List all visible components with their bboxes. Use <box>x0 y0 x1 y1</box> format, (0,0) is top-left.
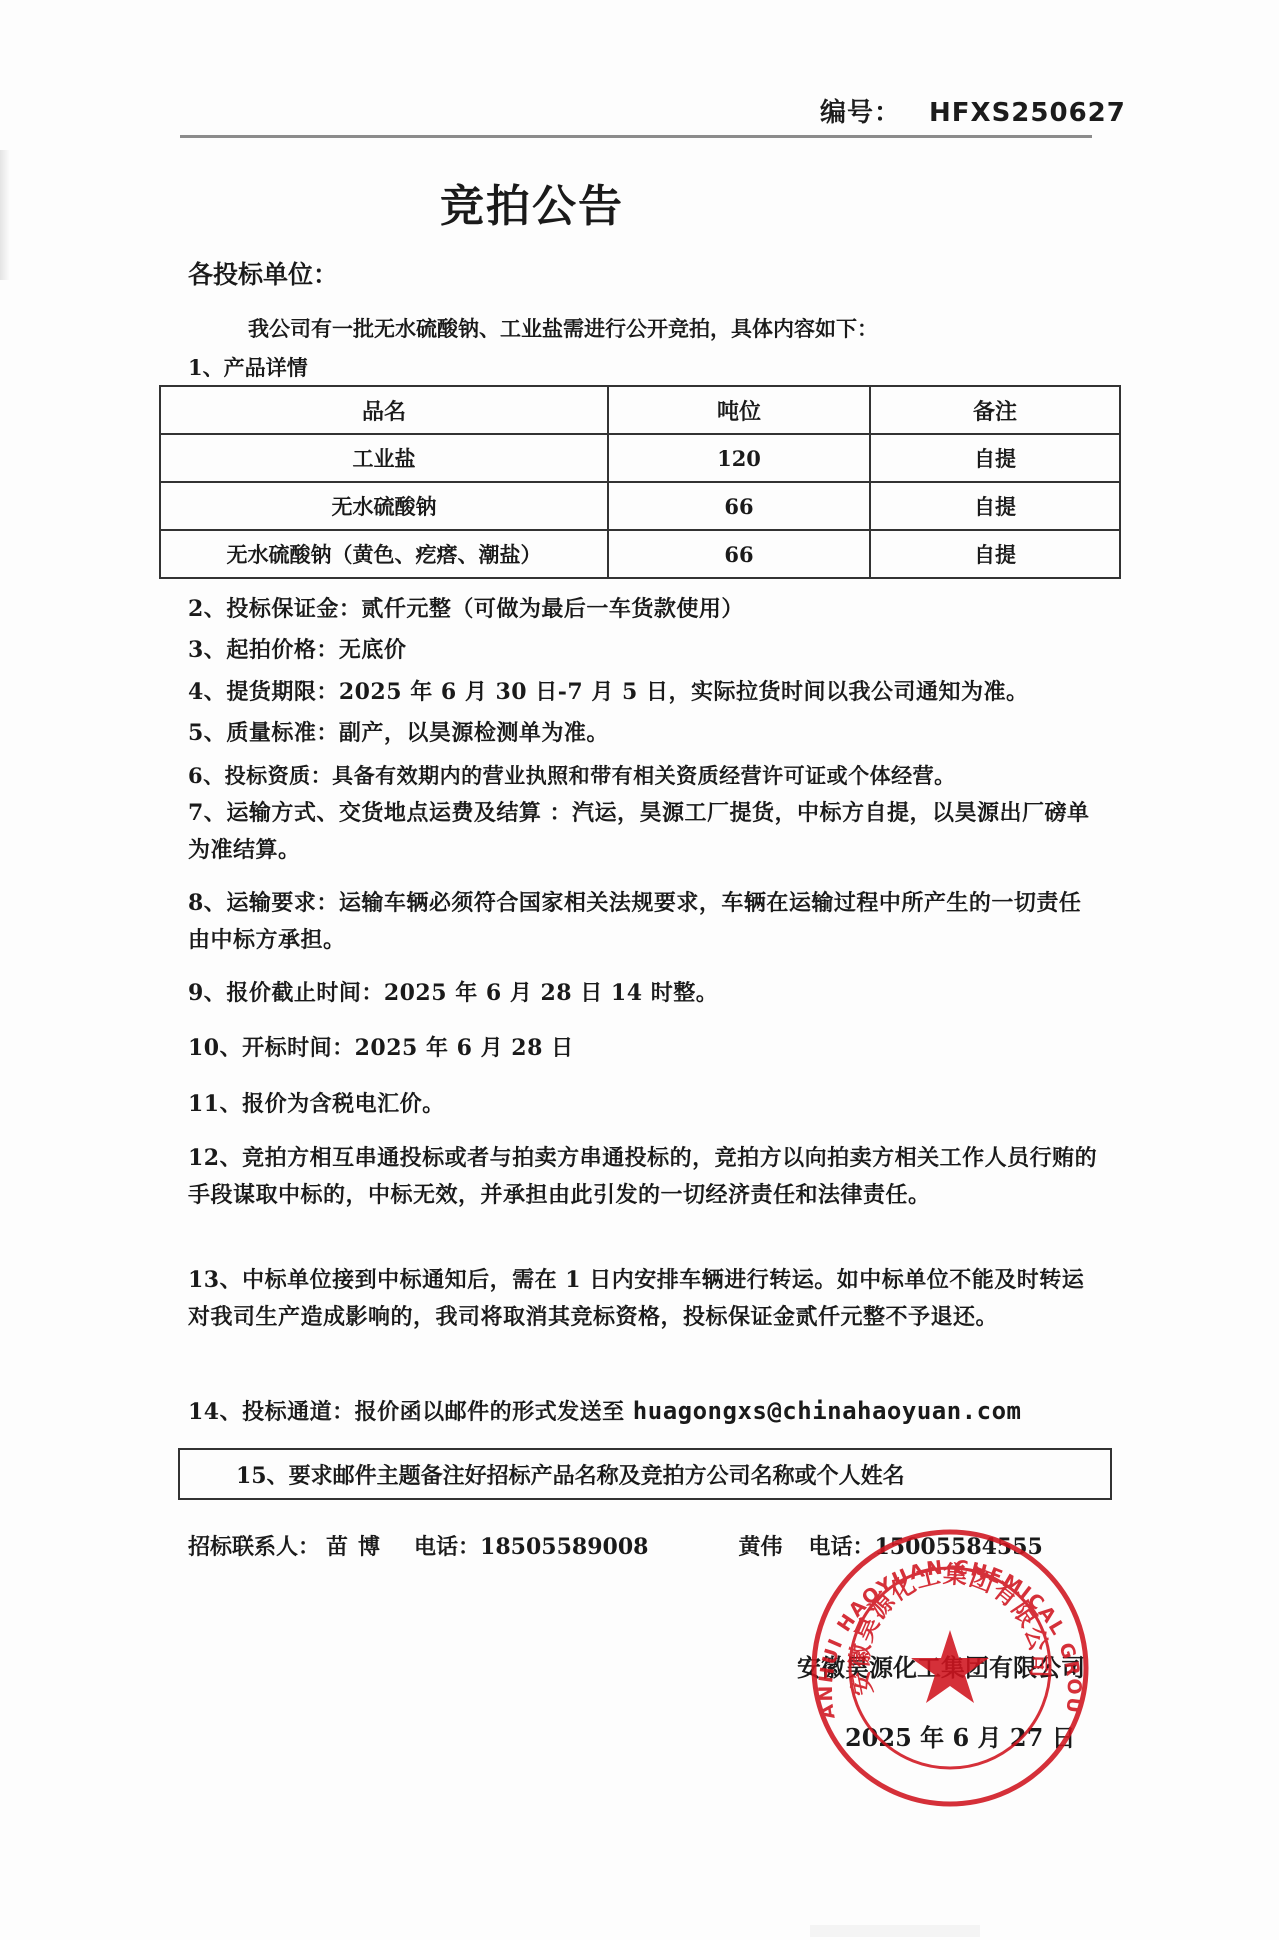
item-text: 开标时间：2025 年 6 月 28 日 <box>242 1035 573 1061</box>
cell-note: 自提 <box>870 530 1120 578</box>
item-pickup-period: 4、提货期限：2025 年 6 月 30 日-7 月 5 日，实际拉货时间以我公… <box>188 674 1098 711</box>
item-number: 3、 <box>188 637 226 663</box>
item-tax-price: 11、报价为含税电汇价。 <box>188 1086 1098 1123</box>
item-number: 7、 <box>188 800 226 826</box>
item-text: 报价截止时间：2025 年 6 月 28 日 14 时整。 <box>226 980 718 1006</box>
item-collusion-clause: 12、竞拍方相互串通投标或者与拍卖方串通投标的，竞拍方以向拍卖方相关工作人员行贿… <box>188 1140 1098 1214</box>
item-transport-settlement: 7、运输方式、交货地点运费及结算 ：汽运，昊源工厂提货，中标方自提，以昊源出厂磅… <box>188 795 1098 869</box>
cell-tonnage: 66 <box>608 530 870 578</box>
cell-product-name: 工业盐 <box>160 434 608 482</box>
item-quality-standard: 5、质量标准：副产，以昊源检测单为准。 <box>188 715 1098 752</box>
issue-date: 2025 年 6 月 27 日 <box>845 1718 1076 1753</box>
item-number: 4、 <box>188 679 226 705</box>
item-text: 运输方式、交货地点运费及结算 ：汽运，昊源工厂提货，中标方自提，以昊源出厂磅单为… <box>188 800 1089 863</box>
cell-note: 自提 <box>870 482 1120 530</box>
item-text: 投标通道：报价函以邮件的形式发送至 <box>242 1399 633 1425</box>
email-subject-note-box: 15、要求邮件主题备注好招标产品名称及竞拍方公司名称或个人姓名 <box>178 1448 1112 1500</box>
cell-tonnage: 120 <box>608 434 870 482</box>
item-bid-channel: 14、投标通道：报价函以邮件的形式发送至 huagongxs@chinahaoy… <box>188 1393 1148 1431</box>
header-note: 备注 <box>870 386 1120 434</box>
salutation: 各投标单位： <box>188 255 338 291</box>
table-row: 无水硫酸钠（黄色、疙瘩、潮盐） 66 自提 <box>160 530 1120 578</box>
item-number: 5、 <box>188 720 226 746</box>
contact-tel-1-label: 电话： <box>414 1530 480 1561</box>
contact-person-1: 苗博 <box>326 1530 390 1561</box>
item-number: 2、 <box>188 596 226 622</box>
item-deposit: 2、投标保证金：贰仟元整（可做为最后一车货款使用） <box>188 591 1098 628</box>
item-transfer-requirement: 13、中标单位接到中标通知后，需在 1 日内安排车辆进行转运。如中标单位不能及时… <box>188 1262 1098 1336</box>
contact-tel-2-label: 电话： <box>808 1530 874 1561</box>
issuer-company: 安徽昊源化工集团有限公司 <box>797 1648 1085 1683</box>
contact-tel-2: 15005584555 <box>874 1534 1042 1560</box>
header-product-name: 品名 <box>160 386 608 434</box>
item-text: 质量标准：副产，以昊源检测单为准。 <box>226 720 609 746</box>
cell-product-name: 无水硫酸钠 <box>160 482 608 530</box>
table-row: 无水硫酸钠 66 自提 <box>160 482 1120 530</box>
document-number-label: 编号： <box>820 98 901 128</box>
bid-email-link[interactable]: huagongxs@chinahaoyuan.com <box>633 1397 1022 1425</box>
item-text: 投标资质：具备有效期内的营业执照和带有相关资质经营许可证或个体经营。 <box>225 763 956 788</box>
header-divider <box>180 135 1092 138</box>
section-product-details-heading: 1、产品详情 <box>188 352 308 382</box>
item-number: 9、 <box>188 980 226 1006</box>
page-bottom-mark <box>810 1925 980 1937</box>
item-number: 14、 <box>188 1399 242 1425</box>
item-text: 报价为含税电汇价。 <box>242 1091 445 1117</box>
item-text: 中标单位接到中标通知后，需在 1 日内安排车辆进行转运。如中标单位不能及时转运对… <box>188 1267 1084 1330</box>
table-row: 工业盐 120 自提 <box>160 434 1120 482</box>
contact-line: 招标联系人：苗博电话：18505589008黄伟电话：15005584555 <box>188 1530 1138 1561</box>
cell-product-name: 无水硫酸钠（黄色、疙瘩、潮盐） <box>160 530 608 578</box>
item-text: 起拍价格：无底价 <box>226 637 406 663</box>
contact-person-2: 黄伟 <box>738 1530 782 1561</box>
item-number: 13、 <box>188 1267 242 1293</box>
item-number: 11、 <box>188 1091 242 1117</box>
cell-note: 自提 <box>870 434 1120 482</box>
item-number: 6、 <box>188 763 225 788</box>
intro-paragraph: 我公司有一批无水硫酸钠、工业盐需进行公开竞拍，具体内容如下： <box>248 313 878 343</box>
table-header-row: 品名 吨位 备注 <box>160 386 1120 434</box>
item-qualification: 6、投标资质：具备有效期内的营业执照和带有相关资质经营许可证或个体经营。 <box>188 757 1128 794</box>
item-number: 10、 <box>188 1035 242 1061</box>
products-table: 品名 吨位 备注 工业盐 120 自提 无水硫酸钠 66 自提 无水硫酸钠（黄色… <box>159 385 1121 579</box>
contact-tel-1: 18505589008 <box>480 1534 648 1560</box>
document-number-value: HFXS250627 <box>929 98 1126 128</box>
header-tonnage: 吨位 <box>608 386 870 434</box>
item-number: 12、 <box>188 1145 242 1171</box>
item-text: 投标保证金：贰仟元整（可做为最后一车货款使用） <box>226 596 744 622</box>
item-bid-opening: 10、开标时间：2025 年 6 月 28 日 <box>188 1030 1098 1067</box>
item-text: 竞拍方相互串通投标或者与拍卖方串通投标的，竞拍方以向拍卖方相关工作人员行贿的手段… <box>188 1145 1097 1208</box>
page-edge-shadow <box>0 150 10 280</box>
item-number: 8、 <box>188 890 226 916</box>
item-text: 提货期限：2025 年 6 月 30 日-7 月 5 日，实际拉货时间以我公司通… <box>226 679 1028 705</box>
page-title: 竞拍公告 <box>440 170 624 234</box>
document-number: 编号：HFXS250627 <box>820 92 1126 129</box>
contact-label: 招标联系人： <box>188 1530 320 1561</box>
item-text: 运输要求：运输车辆必须符合国家相关法规要求，车辆在运输过程中所产生的一切责任由中… <box>188 890 1081 953</box>
item-starting-price: 3、起拍价格：无底价 <box>188 632 1098 669</box>
cell-tonnage: 66 <box>608 482 870 530</box>
item-quote-deadline: 9、报价截止时间：2025 年 6 月 28 日 14 时整。 <box>188 975 1098 1012</box>
item-transport-requirements: 8、运输要求：运输车辆必须符合国家相关法规要求，车辆在运输过程中所产生的一切责任… <box>188 885 1098 959</box>
